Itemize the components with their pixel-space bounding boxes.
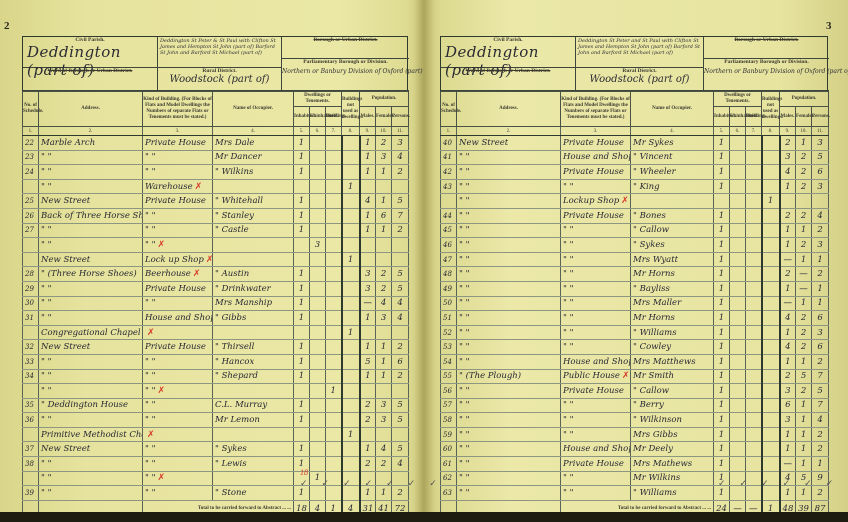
persons-cell: 4: [392, 311, 409, 326]
not-dwelling-cell: [762, 325, 780, 340]
males-cell: [360, 384, 376, 399]
kind-of-building-cell: " ": [561, 296, 631, 311]
males-cell: [360, 252, 376, 267]
females-cell: 3: [376, 398, 392, 413]
column-number: 8.: [762, 127, 780, 136]
address-cell: " ": [457, 238, 561, 253]
address-cell: " ": [457, 252, 561, 267]
not-dwelling-cell: [342, 194, 360, 209]
schedule-number: [23, 427, 39, 442]
address-cell: " ": [457, 281, 561, 296]
table-row: 47 " " " " Mrs Wyatt 1 — 1 1: [441, 252, 829, 267]
inhabited-cell: 1: [714, 252, 730, 267]
schedule-number: [23, 179, 39, 194]
persons-cell: 1: [812, 252, 829, 267]
males-cell: 2: [360, 457, 376, 472]
occupier-cell: C.L. Murray: [213, 398, 294, 413]
males-cell: 3: [780, 384, 796, 399]
uninhabited-cell: [310, 340, 326, 355]
col-males-header: Males.: [360, 107, 376, 127]
parliamentary-value: Northern or Banbury Division of Oxford (…: [704, 65, 829, 75]
address-cell: " ": [457, 442, 561, 457]
address-cell: " ": [457, 194, 561, 209]
left-total-correction: 18: [300, 468, 308, 477]
kind-of-building-cell: " ": [561, 311, 631, 326]
males-cell: [360, 238, 376, 253]
address-cell: " ": [457, 165, 561, 180]
building-cell: [746, 354, 762, 369]
address-cell: " ": [457, 179, 561, 194]
females-cell: 3: [376, 413, 392, 428]
schedule-number: 51: [441, 311, 457, 326]
col-not-dwellings-header: Buildings not used as dwellings.: [762, 92, 780, 127]
building-cell: [326, 223, 342, 238]
females-cell: 1: [796, 398, 812, 413]
persons-cell: 6: [812, 311, 829, 326]
schedule-number: [23, 238, 39, 253]
schedule-number: 61: [441, 457, 457, 472]
table-row: 24 " " " " " Wilkins 1 1 1 2: [23, 165, 409, 180]
schedule-number: 22: [23, 136, 39, 151]
table-row: " " Lockup Shop✗ 1: [441, 194, 829, 209]
column-number: 6.: [730, 127, 746, 136]
persons-cell: 3: [812, 238, 829, 253]
persons-cell: 5: [392, 267, 409, 282]
kind-of-building-cell: Private House: [561, 165, 631, 180]
inhabited-cell: 1: [714, 442, 730, 457]
kind-of-building-cell: House and Shop✗: [561, 150, 631, 165]
males-cell: 2: [360, 398, 376, 413]
kind-of-building-cell: " ": [143, 165, 213, 180]
building-cell: [746, 179, 762, 194]
inhabited-cell: 1: [714, 311, 730, 326]
right-tick-marks: ✓✓✓✓✓✓: [718, 478, 847, 489]
schedule-number: 27: [23, 223, 39, 238]
inhabited-cell: 1: [294, 165, 310, 180]
inhabited-cell: 1: [714, 340, 730, 355]
col-inhabited-header: Inhabited.: [294, 107, 310, 127]
col-dwellings-header: Dwellings or Tenements.: [294, 92, 342, 107]
males-cell: —: [360, 296, 376, 311]
schedule-number: 25: [23, 194, 39, 209]
inhabited-cell: [294, 325, 310, 340]
address-cell: Primitive Methodist Chapel: [39, 427, 143, 442]
persons-cell: 3: [812, 136, 829, 151]
inhabited-cell: 1: [714, 208, 730, 223]
not-dwelling-cell: [342, 398, 360, 413]
schedule-number: 57: [441, 398, 457, 413]
females-cell: [796, 194, 812, 209]
kind-of-building-cell: " ": [561, 238, 631, 253]
persons-cell: 6: [812, 165, 829, 180]
col-building-header: Building.: [326, 107, 342, 127]
column-number: 10.: [376, 127, 392, 136]
table-row: 52 " " " " " Williams 1 1 2 3: [441, 325, 829, 340]
address-cell: Congregational Chapel: [39, 325, 143, 340]
females-cell: 1: [376, 340, 392, 355]
table-row: 35 " Deddington House " " C.L. Murray 1 …: [23, 398, 409, 413]
uninhabited-cell: [730, 223, 746, 238]
males-cell: 1: [780, 354, 796, 369]
occupier-cell: " Bones: [631, 208, 714, 223]
col-schedule-header: No. of Schedule.: [23, 92, 39, 127]
females-cell: 1: [796, 457, 812, 472]
males-cell: 1: [780, 238, 796, 253]
table-row: 50 " " " " Mrs Maller 1 — 1 1: [441, 296, 829, 311]
uninhabited-cell: [310, 354, 326, 369]
females-cell: 2: [796, 208, 812, 223]
males-cell: 1: [360, 165, 376, 180]
kind-of-building-cell: " ": [143, 354, 213, 369]
females-cell: [376, 179, 392, 194]
persons-cell: 2: [812, 267, 829, 282]
inhabited-cell: 1: [714, 427, 730, 442]
address-cell: " ": [457, 471, 561, 486]
address-cell: " ": [457, 427, 561, 442]
persons-cell: 4: [812, 413, 829, 428]
persons-cell: [392, 252, 409, 267]
census-spread: 2 Civil Parish. Deddington (part of) Ded…: [0, 0, 848, 518]
uninhabited-cell: [310, 442, 326, 457]
females-cell: 1: [796, 223, 812, 238]
not-dwelling-cell: 1: [342, 427, 360, 442]
males-cell: [360, 325, 376, 340]
occupier-cell: " Stone: [213, 486, 294, 501]
address-cell: Back of Three Horse Shoes: [39, 208, 143, 223]
building-cell: [326, 136, 342, 151]
occupier-cell: [631, 194, 714, 209]
building-cell: [326, 398, 342, 413]
inhabited-cell: 1: [714, 398, 730, 413]
schedule-number: 33: [23, 354, 39, 369]
page-number-left: 2: [4, 20, 10, 32]
uninhabited-cell: [730, 384, 746, 399]
kind-of-building-cell: Warehouse✗: [143, 179, 213, 194]
uninhabited-cell: [730, 311, 746, 326]
kind-of-building-cell: " "✗: [143, 384, 213, 399]
schedule-number: 58: [441, 413, 457, 428]
females-cell: 1: [376, 194, 392, 209]
occupier-cell: " Williams: [631, 325, 714, 340]
address-cell: New Street: [39, 194, 143, 209]
males-cell: 2: [780, 208, 796, 223]
address-cell: " ": [457, 398, 561, 413]
occupier-cell: Mr Sykes: [631, 136, 714, 151]
col-kind-header: Kind of Building. (For Blocks of Flats a…: [561, 92, 631, 127]
females-cell: [376, 252, 392, 267]
left-header: Civil Parish. Deddington (part of) Deddi…: [22, 36, 408, 91]
inhabited-cell: 1: [714, 325, 730, 340]
left-tick-marks: ✓✓✓✓✓✓✓: [300, 478, 451, 489]
females-cell: 2: [796, 325, 812, 340]
males-cell: 1: [360, 150, 376, 165]
right-header: Civil Parish. Deddington (part of) Deddi…: [440, 36, 828, 91]
red-cross-mark: ✗: [193, 269, 201, 279]
inhabited-cell: 1: [294, 442, 310, 457]
table-row: 38 " " " " " Lewis 1 2 2 4: [23, 457, 409, 472]
address-cell: " Deddington House: [39, 398, 143, 413]
table-row: " " " "✗ 3: [23, 238, 409, 253]
inhabited-cell: [294, 384, 310, 399]
col-population-header: Population.: [360, 92, 409, 107]
occupier-cell: [213, 384, 294, 399]
kind-of-building-cell: " "✗: [143, 238, 213, 253]
schedule-number: [23, 384, 39, 399]
inhabited-cell: 1: [714, 179, 730, 194]
column-number: 4.: [631, 127, 714, 136]
not-dwelling-cell: [342, 384, 360, 399]
schedule-number: 26: [23, 208, 39, 223]
males-cell: 1: [360, 311, 376, 326]
not-dwelling-cell: [762, 208, 780, 223]
not-dwelling-cell: [342, 457, 360, 472]
ward-label: Ward of Borough or Urban District.: [441, 68, 575, 74]
not-dwelling-cell: [762, 281, 780, 296]
schedule-number: 29: [23, 281, 39, 296]
col-address-header: Address.: [457, 92, 561, 127]
occupier-cell: Mrs Wyatt: [631, 252, 714, 267]
column-number: 8.: [342, 127, 360, 136]
column-number: 3.: [561, 127, 631, 136]
column-number: 2.: [39, 127, 143, 136]
persons-cell: [392, 325, 409, 340]
uninhabited-cell: [310, 179, 326, 194]
occupier-cell: Mrs Maller: [631, 296, 714, 311]
uninhabited-cell: [310, 369, 326, 384]
building-cell: [746, 325, 762, 340]
persons-cell: 2: [812, 354, 829, 369]
inhabited-cell: 1: [294, 340, 310, 355]
table-row: 61 " " Private House Mrs Mathews 1 — 1 1: [441, 457, 829, 472]
occupier-cell: [213, 238, 294, 253]
red-cross-mark: ✗: [158, 240, 166, 250]
building-cell: [326, 296, 342, 311]
table-row: 48 " " " " Mr Horns 1 2 — 2: [441, 267, 829, 282]
males-cell: 2: [780, 369, 796, 384]
kind-of-building-cell: " ": [561, 398, 631, 413]
males-cell: 1: [360, 208, 376, 223]
inhabited-cell: 1: [294, 296, 310, 311]
ward-label: Ward of Borough or Urban District.: [23, 68, 157, 74]
not-dwelling-cell: [342, 165, 360, 180]
building-cell: [746, 296, 762, 311]
address-cell: " ": [457, 325, 561, 340]
females-cell: 1: [796, 296, 812, 311]
males-cell: 1: [780, 427, 796, 442]
kind-of-building-cell: " ": [561, 413, 631, 428]
address-cell: New Street: [39, 340, 143, 355]
not-dwelling-cell: [342, 208, 360, 223]
table-row: 51 " " " " Mr Horns 1 4 2 6: [441, 311, 829, 326]
persons-cell: [392, 179, 409, 194]
persons-cell: 4: [812, 208, 829, 223]
inhabited-cell: 1: [714, 354, 730, 369]
females-cell: 1: [796, 427, 812, 442]
schedule-number: 42: [441, 165, 457, 180]
females-cell: 1: [796, 136, 812, 151]
uninhabited-cell: [310, 150, 326, 165]
col-building-header: Building.: [746, 107, 762, 127]
address-cell: " (The Plough): [457, 369, 561, 384]
building-cell: [746, 413, 762, 428]
uninhabited-cell: [310, 427, 326, 442]
borough-label: Borough or Urban District.: [704, 37, 829, 43]
address-cell: " ": [39, 471, 143, 486]
inhabited-cell: [294, 179, 310, 194]
column-number: 4.: [213, 127, 294, 136]
inhabited-cell: 1: [294, 136, 310, 151]
not-dwelling-cell: [342, 150, 360, 165]
females-cell: 1: [796, 413, 812, 428]
page-number-right: 3: [826, 20, 832, 32]
building-cell: [326, 252, 342, 267]
not-dwelling-cell: [342, 354, 360, 369]
kind-of-building-cell: Lockup Shop✗: [561, 194, 631, 209]
col-persons-header: Persons.: [392, 107, 409, 127]
schedule-number: [23, 252, 39, 267]
persons-cell: 4: [392, 457, 409, 472]
schedule-number: 47: [441, 252, 457, 267]
occupier-cell: Mr Smith: [631, 369, 714, 384]
kind-of-building-cell: " ": [561, 281, 631, 296]
persons-cell: 5: [392, 398, 409, 413]
schedule-number: 31: [23, 311, 39, 326]
table-row: 49 " " " " " Bayliss 1 1 — 1: [441, 281, 829, 296]
kind-of-building-cell: " ": [561, 223, 631, 238]
persons-cell: 7: [392, 208, 409, 223]
table-row: 27 " " " " " Castle 1 1 1 2: [23, 223, 409, 238]
col-not-dwellings-header: Buildings not used as dwellings.: [342, 92, 360, 127]
inhabited-cell: 1: [714, 136, 730, 151]
occupier-cell: " Wilkinson: [631, 413, 714, 428]
col-uninhabited-header: Uninhabited.: [310, 107, 326, 127]
address-cell: New Street: [457, 136, 561, 151]
males-cell: 3: [780, 413, 796, 428]
males-cell: —: [780, 457, 796, 472]
not-dwelling-cell: 1: [342, 252, 360, 267]
persons-cell: [392, 238, 409, 253]
table-row: 46 " " " " " Sykes 1 1 2 3: [441, 238, 829, 253]
uninhabited-cell: [730, 281, 746, 296]
kind-of-building-cell: " ": [561, 340, 631, 355]
column-number: 1.: [441, 127, 457, 136]
uninhabited-cell: [730, 413, 746, 428]
not-dwelling-cell: [342, 340, 360, 355]
persons-cell: 5: [392, 442, 409, 457]
building-cell: [746, 442, 762, 457]
occupier-cell: " Williams: [631, 486, 714, 501]
males-cell: 1: [780, 223, 796, 238]
table-row: 53 " " " " " Cowley 1 4 2 6: [441, 340, 829, 355]
inhabited-cell: 1: [294, 223, 310, 238]
right-page: Civil Parish. Deddington (part of) Deddi…: [440, 36, 828, 518]
table-row: 29 " " Private House " Drinkwater 1 3 2 …: [23, 281, 409, 296]
col-females-header: Females.: [376, 107, 392, 127]
schedule-number: 63: [441, 486, 457, 501]
persons-cell: 2: [392, 340, 409, 355]
kind-of-building-cell: Private House: [561, 457, 631, 472]
uninhabited-cell: [310, 281, 326, 296]
uninhabited-cell: [730, 442, 746, 457]
uninhabited-cell: [310, 325, 326, 340]
col-males-header: Males.: [780, 107, 796, 127]
table-row: 28 " (Three Horse Shoes) Beerhouse✗ " Au…: [23, 267, 409, 282]
building-cell: [746, 311, 762, 326]
column-number-row: 1.2.3.4.5.6.7.8.9.10.11.: [441, 127, 829, 136]
address-cell: " ": [457, 208, 561, 223]
column-number: 5.: [714, 127, 730, 136]
page-bottom-edge: [0, 512, 848, 522]
table-row: 25 New Street Private House " Whitehall …: [23, 194, 409, 209]
kind-of-building-cell: Private House: [143, 281, 213, 296]
females-cell: 2: [796, 150, 812, 165]
kind-of-building-cell: " ": [143, 369, 213, 384]
schedule-number: 45: [441, 223, 457, 238]
schedule-number: 52: [441, 325, 457, 340]
not-dwelling-cell: [342, 238, 360, 253]
kind-of-building-cell: " ": [143, 150, 213, 165]
table-row: New Street Lock up Shop✗ 1: [23, 252, 409, 267]
building-cell: [746, 252, 762, 267]
not-dwelling-cell: [762, 369, 780, 384]
building-cell: [326, 311, 342, 326]
uninhabited-cell: [730, 369, 746, 384]
females-cell: [376, 384, 392, 399]
building-cell: [326, 340, 342, 355]
occupier-cell: " Austin: [213, 267, 294, 282]
kind-of-building-cell: " ": [143, 398, 213, 413]
schedule-number: 56: [441, 384, 457, 399]
kind-of-building-cell: " ": [143, 442, 213, 457]
kind-of-building-cell: " ": [561, 325, 631, 340]
not-dwelling-cell: [762, 238, 780, 253]
males-cell: 1: [780, 325, 796, 340]
building-cell: [326, 179, 342, 194]
inhabited-cell: 1: [294, 208, 310, 223]
schedule-number: 49: [441, 281, 457, 296]
males-cell: 4: [780, 311, 796, 326]
inhabited-cell: 1: [294, 413, 310, 428]
occupier-cell: " Thirsell: [213, 340, 294, 355]
persons-cell: 1: [812, 281, 829, 296]
occupier-cell: Mrs Manship: [213, 296, 294, 311]
not-dwelling-cell: [762, 150, 780, 165]
kind-of-building-cell: Private House: [561, 384, 631, 399]
occupier-cell: [213, 179, 294, 194]
address-cell: New Street: [39, 442, 143, 457]
occupier-cell: " Cowley: [631, 340, 714, 355]
table-row: 54 " " House and Shop✗ Mrs Matthews 1 1 …: [441, 354, 829, 369]
uninhabited-cell: [730, 427, 746, 442]
males-cell: 1: [360, 223, 376, 238]
persons-cell: 2: [392, 369, 409, 384]
table-row: 40 New Street Private House Mr Sykes 1 2…: [441, 136, 829, 151]
persons-cell: 5: [392, 413, 409, 428]
not-dwelling-cell: [762, 296, 780, 311]
address-cell: " ": [39, 179, 143, 194]
kind-of-building-cell: Private House: [143, 136, 213, 151]
column-number: 1.: [23, 127, 39, 136]
occupier-cell: " Sykes: [213, 442, 294, 457]
col-schedule-header: No. of Schedule.: [441, 92, 457, 127]
uninhabited-cell: [310, 384, 326, 399]
males-cell: —: [780, 296, 796, 311]
kind-of-building-cell: House and Shop✗: [561, 442, 631, 457]
males-cell: 4: [780, 165, 796, 180]
building-cell: [326, 369, 342, 384]
not-dwelling-cell: [762, 413, 780, 428]
building-cell: [746, 238, 762, 253]
